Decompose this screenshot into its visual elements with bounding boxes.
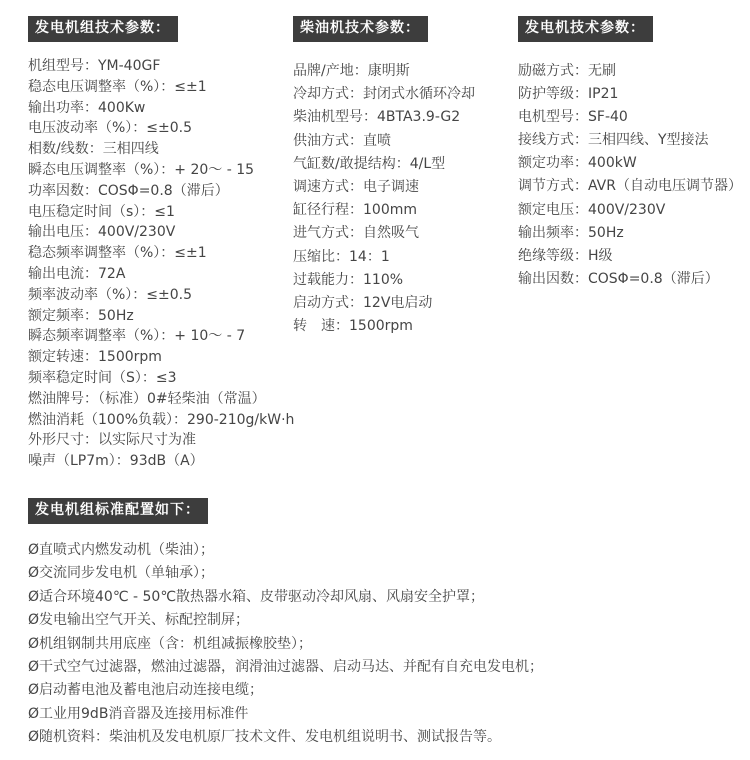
config-line: Ø随机资料：柴油机及发电机原厂技术文件、发电机组说明书、测试报告等。 — [28, 726, 738, 749]
spec-line: 调节方式：AVR（自动电压调节器） — [518, 175, 750, 198]
spec-line: 励磁方式：无刷 — [518, 60, 750, 83]
spec-line: 电压稳定时间（s）：≤1 — [28, 202, 293, 223]
spec-line: 缸径行程：100mm — [293, 199, 518, 222]
config-line: Ø发电输出空气开关、标配控制屏； — [28, 609, 738, 632]
spec-line: 额定功率：400kW — [518, 152, 750, 175]
spec-line: 瞬态电压调整率（%）：+ 20～ - 15 — [28, 160, 293, 181]
alternator-params-section: 发电机技术参数： 励磁方式：无刷防护等级：IP21电机型号：SF-40接线方式：… — [518, 16, 750, 291]
spec-line: 稳态频率调整率（%）：≤±1 — [28, 243, 293, 264]
spec-line: 供油方式：直喷 — [293, 130, 518, 153]
spec-line: 电机型号：SF-40 — [518, 106, 750, 129]
spec-line: 转 速：1500rpm — [293, 315, 518, 338]
spec-line: 燃油牌号：（标准）0#轻柴油（常温） — [28, 389, 293, 410]
config-line: Ø交流同步发电机（单轴承）； — [28, 562, 738, 585]
spec-line: 额定频率：50Hz — [28, 306, 293, 327]
spec-line: 柴油机型号：4BTA3.9-G2 — [293, 106, 518, 129]
genset-params-lines: 机组型号：YM-40GF稳态电压调整率（%）：≤±1输出功率：400Kw电压波动… — [28, 56, 293, 472]
spec-line: 频率稳定时间（S）：≤3 — [28, 368, 293, 389]
genset-params-section: 发电机组技术参数： 机组型号：YM-40GF稳态电压调整率（%）：≤±1输出功率… — [28, 16, 293, 472]
spec-line: 启动方式：12V电启动 — [293, 292, 518, 315]
spec-line: 相数/线数：三相四线 — [28, 139, 293, 160]
spec-line: 品牌/产地：康明斯 — [293, 60, 518, 83]
spec-line: 燃油消耗（100%负载）：290-210g/kW·h — [28, 410, 293, 431]
standard-config-header: 发电机组标准配置如下： — [28, 498, 208, 524]
diesel-params-header: 柴油机技术参数： — [293, 16, 428, 42]
spec-line: 防护等级：IP21 — [518, 83, 750, 106]
spec-line: 功率因数：COSΦ=0.8（滞后） — [28, 181, 293, 202]
spec-line: 外形尺寸：以实际尺寸为准 — [28, 430, 293, 451]
spec-line: 稳态电压调整率（%）：≤±1 — [28, 77, 293, 98]
spec-line: 气缸数/敢提结构：4/L型 — [293, 153, 518, 176]
alternator-params-lines: 励磁方式：无刷防护等级：IP21电机型号：SF-40接线方式：三相四线、Y型接法… — [518, 60, 750, 291]
spec-line: 输出功率：400Kw — [28, 98, 293, 119]
config-line: Ø机组钢制共用底座（含：机组减振橡胶垫）； — [28, 633, 738, 656]
spec-line: 额定电压：400V/230V — [518, 199, 750, 222]
config-line: Ø适合环境40℃ - 50℃散热器水箱、皮带驱动冷却风扇、风扇安全护罩； — [28, 586, 738, 609]
spec-line: 电压波动率（%）：≤±0.5 — [28, 118, 293, 139]
spec-line: 输出电压：400V/230V — [28, 222, 293, 243]
config-line: Ø干式空气过滤器，燃油过滤器，润滑油过滤器、启动马达、并配有自充电发电机； — [28, 656, 738, 679]
spec-line: 机组型号：YM-40GF — [28, 56, 293, 77]
config-line: Ø启动蓄电池及蓄电池启动连接电缆； — [28, 679, 738, 702]
config-line: Ø工业用9dB消音器及连接用标准件 — [28, 703, 738, 726]
config-line: Ø直喷式内燃发动机（柴油）； — [28, 539, 738, 562]
spec-line: 输出因数：COSΦ=0.8（滞后） — [518, 268, 750, 291]
spec-line: 输出频率：50Hz — [518, 222, 750, 245]
spec-line: 绝缘等级：H级 — [518, 245, 750, 268]
spec-line: 冷却方式：封闭式水循环冷却 — [293, 83, 518, 106]
diesel-params-lines: 品牌/产地：康明斯冷却方式：封闭式水循环冷却柴油机型号：4BTA3.9-G2供油… — [293, 60, 518, 338]
spec-line: 过载能力：110% — [293, 269, 518, 292]
standard-config-lines: Ø直喷式内燃发动机（柴油）；Ø交流同步发电机（单轴承）；Ø适合环境40℃ - 5… — [28, 539, 738, 750]
genset-params-header: 发电机组技术参数： — [28, 16, 178, 42]
spec-line: 进气方式：自然吸气 — [293, 222, 518, 245]
standard-config-section: 发电机组标准配置如下： Ø直喷式内燃发动机（柴油）；Ø交流同步发电机（单轴承）；… — [28, 498, 738, 750]
spec-line: 调速方式：电子调速 — [293, 176, 518, 199]
diesel-params-section: 柴油机技术参数： 品牌/产地：康明斯冷却方式：封闭式水循环冷却柴油机型号：4BT… — [293, 16, 518, 338]
spec-line: 频率波动率（%）：≤±0.5 — [28, 285, 293, 306]
spec-line: 压缩比：14：1 — [293, 246, 518, 269]
spec-line: 瞬态频率调整率（%）：+ 10～ - 7 — [28, 326, 293, 347]
spec-line: 噪声（LP7m）：93dB（A） — [28, 451, 293, 472]
spec-line: 接线方式：三相四线、Y型接法 — [518, 129, 750, 152]
spec-line: 额定转速：1500rpm — [28, 347, 293, 368]
alternator-params-header: 发电机技术参数： — [518, 16, 653, 42]
spec-line: 输出电流：72A — [28, 264, 293, 285]
